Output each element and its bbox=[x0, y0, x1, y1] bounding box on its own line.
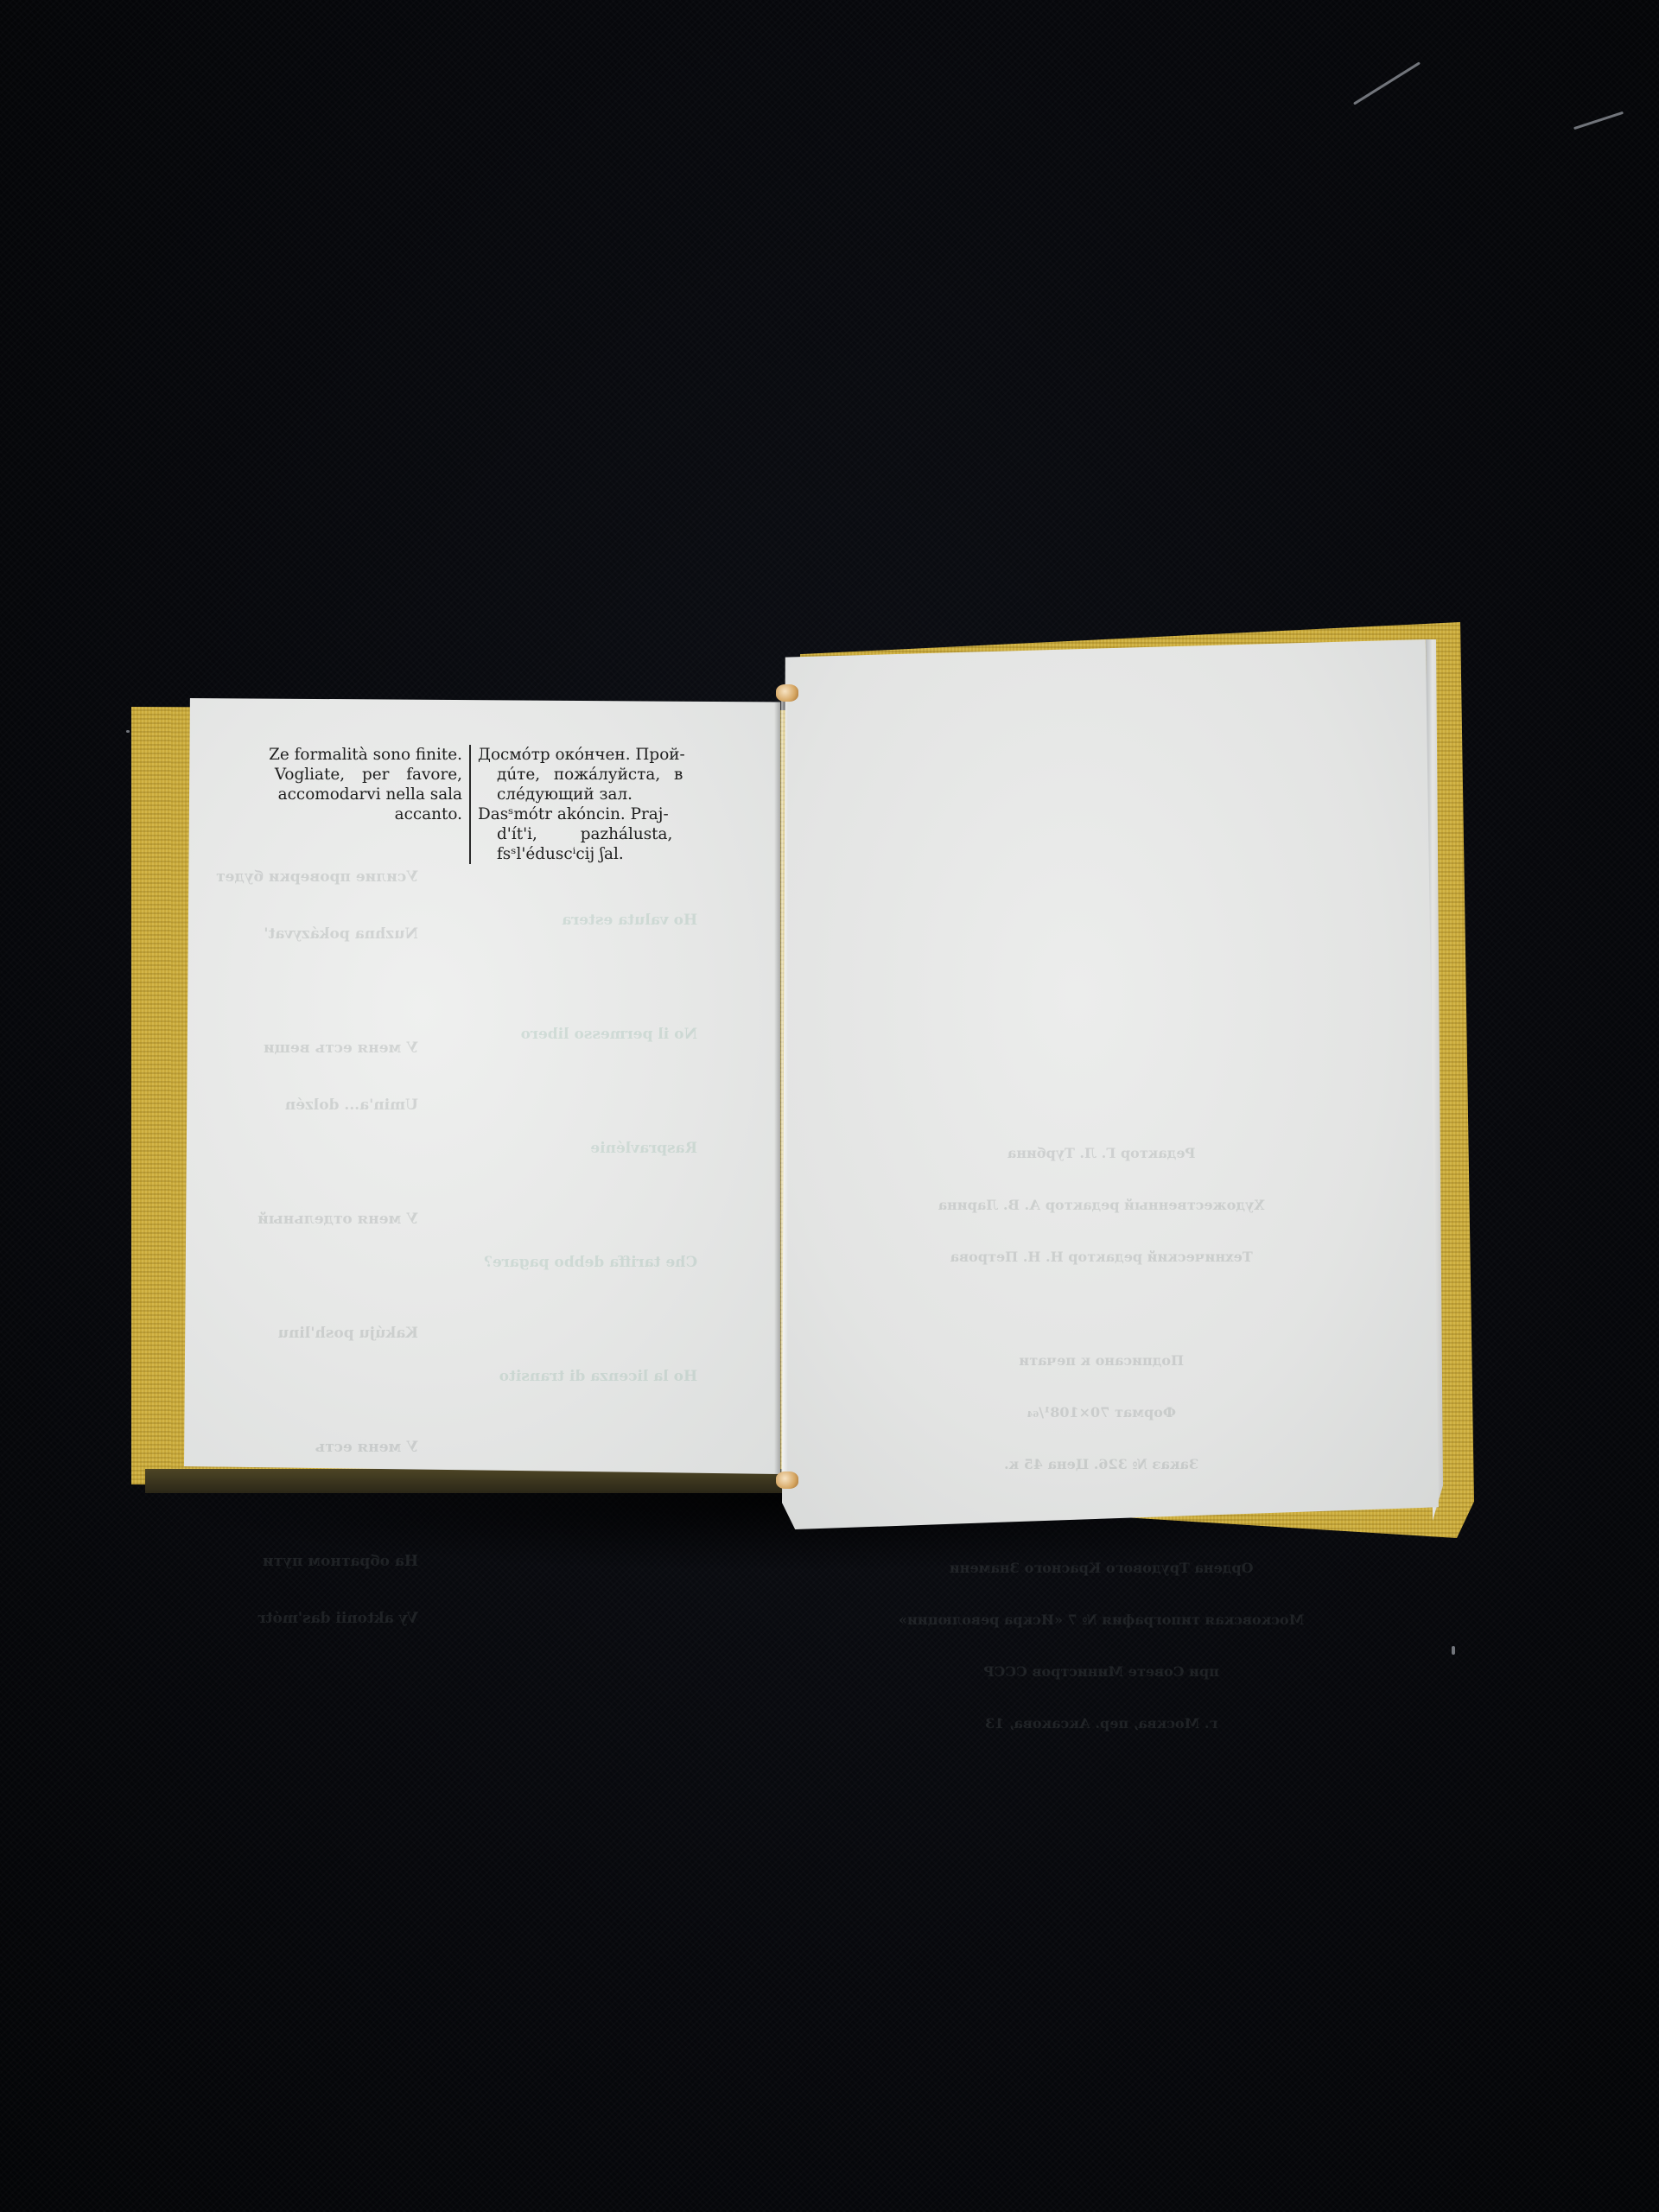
ghost-line: Raspravlénie bbox=[484, 1139, 697, 1158]
ghost-line: Nuzhna pokázyvat' bbox=[216, 925, 418, 944]
italian-line: accanto. bbox=[232, 804, 462, 824]
left-page-show-through-right-col: Ho valuta estera No il permesso libero R… bbox=[484, 873, 697, 1405]
ghost-line: У меня отдельный bbox=[216, 1210, 418, 1229]
ghost-line: Московская типография № 7 «Искра революц… bbox=[899, 1611, 1304, 1629]
ghost-line: Umin'a... dolzén bbox=[216, 1096, 418, 1115]
ghost-line: Подписано к печати bbox=[899, 1352, 1304, 1370]
ghost-line: На обратном пути bbox=[216, 1552, 418, 1571]
ghost-line: Художественный редактор А. В. Ларина bbox=[899, 1197, 1304, 1214]
ghost-line: г. Москва, пер. Аксакова, 13 bbox=[899, 1715, 1304, 1732]
phrasebook-entry: Ze formalità sono finite. Vogliate, per … bbox=[232, 745, 715, 864]
ghost-line: Формат 70×108¹/₆₄ bbox=[899, 1404, 1304, 1421]
russian-line: дúте, пожáлуйста, в bbox=[478, 765, 715, 785]
book-gutter bbox=[774, 691, 788, 1478]
ghost-line: Vy aktonii das'mótr bbox=[216, 1609, 418, 1628]
ghost-line: Che tariffa debbo pagare? bbox=[484, 1253, 697, 1272]
ghost-line: У меня есть bbox=[216, 1438, 418, 1457]
lint-fiber bbox=[126, 730, 130, 733]
ghost-line: Kakúju posh'linu bbox=[216, 1324, 418, 1343]
headband-top bbox=[776, 684, 798, 702]
russian-column: Досмóтр окóнчен. Прой- дúте, пожáлуйста,… bbox=[469, 745, 715, 864]
ghost-line: Ордена Трудового Красного Знамени bbox=[899, 1560, 1304, 1577]
ghost-line: Ho la licenza di transito bbox=[484, 1367, 697, 1386]
lint-fiber bbox=[1452, 1646, 1455, 1655]
ghost-line: No il permesso libero bbox=[484, 1025, 697, 1044]
transliteration-line: Dasˢmótr akóncin. Praj- bbox=[478, 804, 715, 824]
right-page-show-through: Редактор Г. Л. Турбина Художественный ре… bbox=[899, 1110, 1304, 1750]
ghost-line: Редактор Г. Л. Турбина bbox=[899, 1145, 1304, 1162]
left-page-show-through: Усилие проверки будет Nuzhna pokázyvat' … bbox=[216, 829, 418, 1647]
ghost-line: Ho valuta estera bbox=[484, 911, 697, 930]
ghost-line: Заказ № 326. Цена 45 к. bbox=[899, 1456, 1304, 1473]
italian-column: Ze formalità sono finite. Vogliate, per … bbox=[232, 745, 469, 864]
headband-bottom bbox=[776, 1471, 798, 1489]
italian-line: Vogliate, per favore, bbox=[232, 765, 462, 785]
italian-line: accomodarvi nella sala bbox=[232, 785, 462, 804]
transliteration-line: fsˢl'éduscⁱcij ʃal. bbox=[478, 844, 715, 864]
ghost-line: У меня есть вещи bbox=[216, 1039, 418, 1058]
transliteration-line: d'ít'i, pazhálusta, bbox=[478, 824, 715, 844]
italian-line: Ze formalità sono finite. bbox=[232, 745, 462, 765]
ghost-line: Технический редактор Н. Н. Петрова bbox=[899, 1249, 1304, 1266]
russian-line: Досмóтр окóнчен. Прой- bbox=[478, 745, 715, 765]
ghost-line: при Совете Министров СССР bbox=[899, 1663, 1304, 1681]
ghost-line: Усилие проверки будет bbox=[216, 868, 418, 887]
russian-line: слéдующий зал. bbox=[478, 785, 715, 804]
